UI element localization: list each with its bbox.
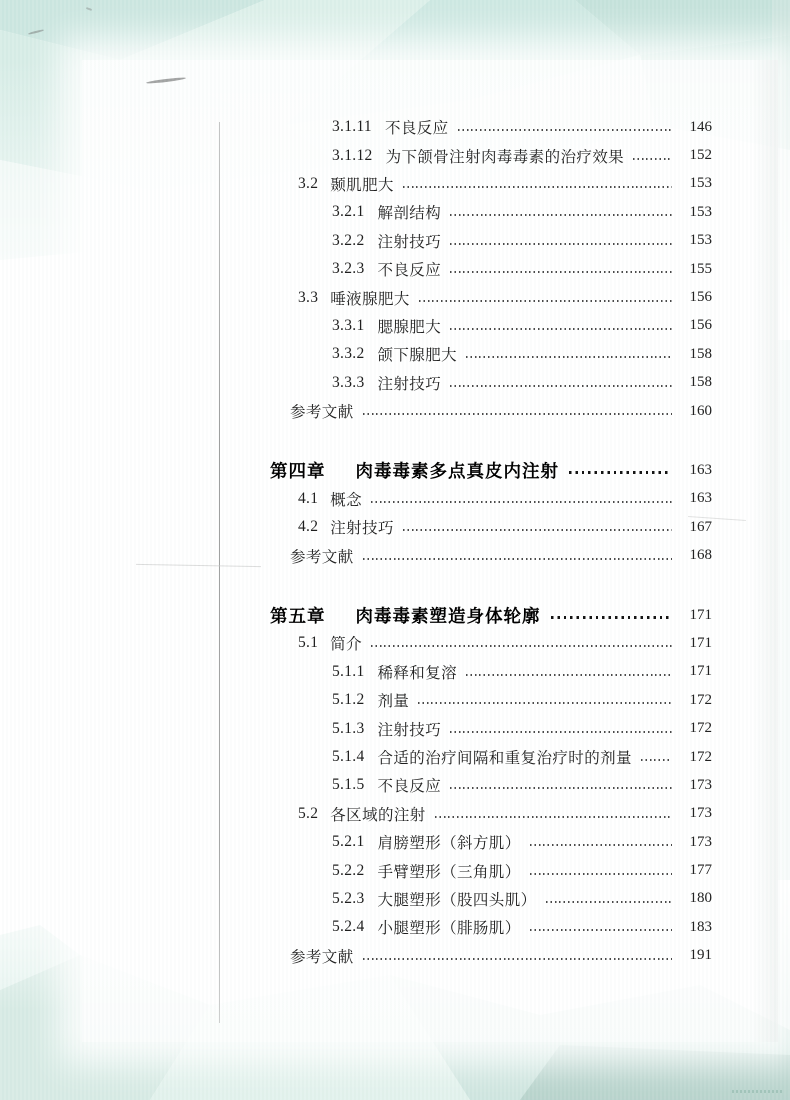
toc-page-number: 167 bbox=[682, 519, 712, 536]
toc-dot-leader bbox=[450, 385, 672, 387]
toc-dot-leader bbox=[450, 328, 672, 330]
toc-entry-title: 参考文献 bbox=[290, 945, 354, 967]
toc-dot-leader bbox=[530, 873, 672, 875]
page-edge-shadow bbox=[752, 60, 778, 1042]
section-gap bbox=[270, 570, 712, 601]
toc-row: 第五章 肉毒毒素塑造身体轮廓 171 bbox=[270, 601, 712, 629]
toc-entry-number: 5.1 bbox=[298, 634, 318, 652]
toc-entry-title: 不良反应 bbox=[385, 116, 449, 138]
toc-entry-title: 合适的治疗间隔和重复治疗时的剂量 bbox=[378, 746, 632, 768]
toc-row: 第四章 肉毒毒素多点真皮内注射 163 bbox=[270, 456, 712, 484]
toc-entry-title: 参考文献 bbox=[290, 400, 354, 422]
scan-artifact-text bbox=[732, 1090, 784, 1093]
toc-dot-leader bbox=[435, 816, 672, 818]
toc-entry-number: 3.2.1 bbox=[332, 203, 365, 221]
toc-dot-leader bbox=[363, 413, 672, 415]
toc-page-number: 156 bbox=[682, 289, 712, 306]
toc-dot-leader bbox=[363, 958, 672, 960]
toc-dot-leader bbox=[466, 356, 672, 358]
toc-row: 5.2.4 小腿塑形（腓肠肌） 183 bbox=[270, 913, 712, 941]
toc-entry-number: 3.2.3 bbox=[332, 260, 365, 278]
toc-dot-leader bbox=[530, 844, 672, 846]
toc-row: 参考文献 191 bbox=[270, 942, 712, 970]
toc-row: 3.1.12 为下颌骨注射肉毒毒素的治疗效果 152 bbox=[270, 141, 712, 169]
toc-entry-number: 5.2.1 bbox=[332, 833, 365, 851]
toc-entry-number: 5.2.3 bbox=[332, 890, 365, 908]
toc-entry-title: 腮腺肥大 bbox=[378, 315, 442, 337]
toc-entry-number: 5.1.5 bbox=[332, 776, 365, 794]
page-gutter-crease bbox=[219, 122, 220, 1023]
toc-entry-title: 稀释和复溶 bbox=[378, 661, 458, 683]
toc-dot-leader bbox=[569, 471, 670, 474]
toc-entry-title: 简介 bbox=[330, 632, 362, 654]
toc-row: 5.1.5 不良反应 173 bbox=[270, 771, 712, 799]
toc-page-number: 155 bbox=[682, 261, 712, 278]
toc-page-number: 163 bbox=[682, 490, 712, 507]
toc-dot-leader bbox=[363, 558, 672, 560]
toc-entry-title: 参考文献 bbox=[290, 545, 354, 567]
toc-entry-number: 3.3.2 bbox=[332, 345, 365, 363]
toc-dot-leader bbox=[450, 243, 672, 245]
toc-dot-leader bbox=[371, 501, 672, 503]
toc-entry-title: 肉毒毒素多点真皮内注射 bbox=[356, 458, 560, 483]
toc-entry-title: 不良反应 bbox=[378, 774, 442, 796]
toc-entry-title: 注射技巧 bbox=[378, 230, 442, 252]
section-gap bbox=[270, 425, 712, 456]
toc-row: 3.3 唾液腺肥大 156 bbox=[270, 283, 712, 311]
toc-row: 4.1 概念 163 bbox=[270, 485, 712, 513]
toc-page-number: 172 bbox=[682, 692, 712, 709]
toc-entry-title: 解剖结构 bbox=[378, 201, 442, 223]
toc-page-number: 173 bbox=[682, 834, 712, 851]
toc-row: 3.3.2 颌下腺肥大 158 bbox=[270, 340, 712, 368]
toc-dot-leader bbox=[546, 901, 672, 903]
toc-page-number: 156 bbox=[682, 317, 712, 334]
toc-entry-title: 注射技巧 bbox=[378, 718, 442, 740]
toc-page-number: 171 bbox=[682, 607, 712, 624]
toc-page-number: 173 bbox=[682, 777, 712, 794]
toc-entry-title: 为下颌骨注射肉毒毒素的治疗效果 bbox=[386, 145, 625, 167]
toc-page-number: 160 bbox=[682, 403, 712, 420]
toc-entry-title: 不良反应 bbox=[378, 258, 442, 280]
toc-dot-leader bbox=[419, 300, 672, 302]
toc-entry-title: 小腿塑形（腓肠肌） bbox=[378, 916, 521, 938]
toc-page-number: 180 bbox=[682, 890, 712, 907]
toc-row: 3.3.3 注射技巧 158 bbox=[270, 369, 712, 397]
toc-entry-number: 5.1.4 bbox=[332, 748, 365, 766]
toc-list: 3.1.11 不良反应 146 3.1.12 为下颌骨注射肉毒毒素的治疗效果 1… bbox=[270, 113, 712, 970]
toc-row: 5.1.3 注射技巧 172 bbox=[270, 714, 712, 742]
toc-dot-leader bbox=[458, 129, 672, 131]
toc-row: 5.1.1 稀释和复溶 171 bbox=[270, 658, 712, 686]
toc-row: 5.2.1 肩膀塑形（斜方肌） 173 bbox=[270, 828, 712, 856]
toc-page-number: 146 bbox=[682, 119, 712, 136]
toc-dot-leader bbox=[633, 158, 672, 160]
toc-entry-number: 5.1.2 bbox=[332, 691, 365, 709]
toc-row: 5.2 各区域的注射 173 bbox=[270, 800, 712, 828]
toc-page-number: 171 bbox=[682, 663, 712, 680]
toc-row: 参考文献 168 bbox=[270, 541, 712, 569]
toc-dot-leader bbox=[450, 271, 672, 273]
toc-entry-number: 3.2 bbox=[298, 175, 318, 193]
toc-row: 5.1.2 剂量 172 bbox=[270, 686, 712, 714]
toc-page-number: 173 bbox=[682, 805, 712, 822]
toc-page-number: 153 bbox=[682, 232, 712, 249]
toc-dot-leader bbox=[403, 529, 672, 531]
toc-page-number: 163 bbox=[682, 462, 712, 479]
toc-entry-number: 5.1.1 bbox=[332, 663, 365, 681]
toc-page-number: 168 bbox=[682, 547, 712, 564]
toc-entry-number: 5.2.4 bbox=[332, 918, 365, 936]
toc-entry-title: 唾液腺肥大 bbox=[330, 287, 410, 309]
toc-page-number: 183 bbox=[682, 919, 712, 936]
toc-entry-title: 剂量 bbox=[378, 689, 410, 711]
toc-dot-leader bbox=[371, 645, 672, 647]
toc-page-number: 152 bbox=[682, 147, 712, 164]
toc-row: 参考文献 160 bbox=[270, 397, 712, 425]
toc-dot-leader bbox=[418, 702, 672, 704]
toc-entry-number: 5.1.3 bbox=[332, 720, 365, 738]
toc-entry-title: 颞肌肥大 bbox=[330, 173, 394, 195]
toc-page-number: 153 bbox=[682, 175, 712, 192]
toc-dot-leader bbox=[450, 787, 672, 789]
toc-page-number: 177 bbox=[682, 862, 712, 879]
toc-row: 5.1.4 合适的治疗间隔和重复治疗时的剂量 172 bbox=[270, 743, 712, 771]
toc-entry-number: 第五章 bbox=[270, 603, 326, 628]
toc-row: 5.2.2 手臂塑形（三角肌） 177 bbox=[270, 856, 712, 884]
toc-entry-number: 5.2.2 bbox=[332, 862, 365, 880]
toc-page-number: 172 bbox=[682, 749, 712, 766]
toc-page-number: 191 bbox=[682, 947, 712, 964]
toc-entry-title: 注射技巧 bbox=[330, 516, 394, 538]
toc-row: 3.3.1 腮腺肥大 156 bbox=[270, 312, 712, 340]
toc-dot-leader bbox=[551, 616, 671, 619]
toc-entry-title: 肉毒毒素塑造身体轮廓 bbox=[356, 603, 541, 628]
toc-page-number: 172 bbox=[682, 720, 712, 737]
toc-row: 5.2.3 大腿塑形（股四头肌） 180 bbox=[270, 885, 712, 913]
toc-entry-title: 注射技巧 bbox=[378, 372, 442, 394]
toc-entry-number: 5.2 bbox=[298, 805, 318, 823]
toc-page-number: 171 bbox=[682, 635, 712, 652]
toc-entry-number: 3.1.11 bbox=[332, 118, 372, 136]
toc-entry-number: 4.2 bbox=[298, 518, 318, 536]
toc-dot-leader bbox=[641, 759, 672, 761]
toc-page-number: 158 bbox=[682, 374, 712, 391]
toc-entry-title: 颌下腺肥大 bbox=[378, 343, 458, 365]
toc-row: 3.2.3 不良反应 155 bbox=[270, 255, 712, 283]
toc-entry-title: 各区域的注射 bbox=[330, 803, 425, 825]
toc-page-number: 153 bbox=[682, 204, 712, 221]
toc-dot-leader bbox=[450, 731, 672, 733]
toc-page-number: 158 bbox=[682, 346, 712, 363]
toc-row: 5.1 简介 171 bbox=[270, 629, 712, 657]
toc-entry-number: 3.3.1 bbox=[332, 317, 365, 335]
toc-row: 3.2 颞肌肥大 153 bbox=[270, 170, 712, 198]
toc-entry-number: 3.3.3 bbox=[332, 374, 365, 392]
toc-entry-title: 肩膀塑形（斜方肌） bbox=[378, 831, 521, 853]
toc-entry-number: 4.1 bbox=[298, 490, 318, 508]
toc-entry-title: 大腿塑形（股四头肌） bbox=[378, 888, 537, 910]
toc-dot-leader bbox=[403, 186, 672, 188]
toc-row: 3.2.1 解剖结构 153 bbox=[270, 198, 712, 226]
toc-entry-title: 手臂塑形（三角肌） bbox=[378, 860, 521, 882]
toc-dot-leader bbox=[466, 674, 672, 676]
toc-row: 3.1.11 不良反应 146 bbox=[270, 113, 712, 141]
toc-dot-leader bbox=[530, 929, 672, 931]
toc-entry-number: 第四章 bbox=[270, 458, 326, 483]
toc-entry-number: 3.3 bbox=[298, 289, 318, 307]
toc-entry-title: 概念 bbox=[330, 488, 362, 510]
toc-dot-leader bbox=[450, 214, 672, 216]
toc-entry-number: 3.1.12 bbox=[332, 147, 373, 165]
toc-row: 4.2 注射技巧 167 bbox=[270, 513, 712, 541]
toc-row: 3.2.2 注射技巧 153 bbox=[270, 227, 712, 255]
toc-entry-number: 3.2.2 bbox=[332, 232, 365, 250]
